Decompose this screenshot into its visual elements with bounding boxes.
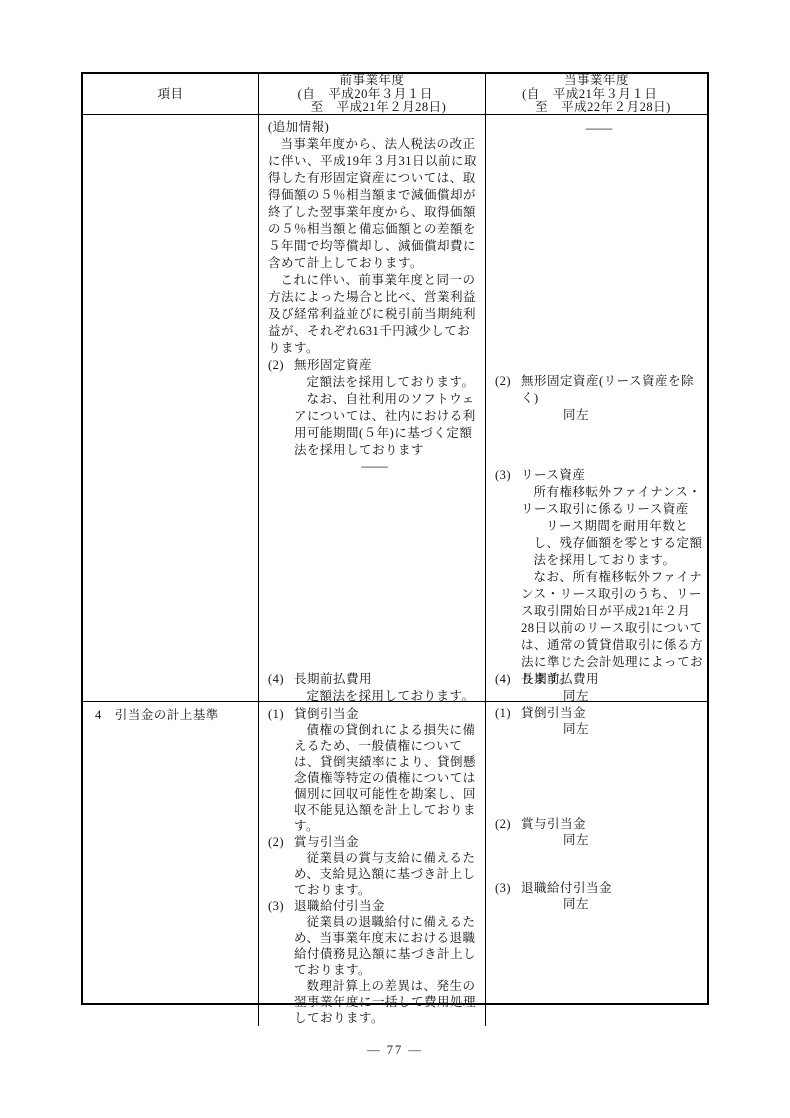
curr-allowance3-number: (3): [495, 880, 511, 896]
curr-item2-same-as-left: 同左: [563, 407, 703, 424]
row1-curr-cell: ─── (2) 無形固定資産(リース資産を除く) 同左 (3) リース資産 所有…: [486, 115, 707, 702]
row2-item-cell: 4 引当金の計上基準: [83, 702, 259, 1026]
document-page: 項目 前事業年度 (自 平成20年３月１日 至 平成21年２月28日) 当事業年…: [0, 0, 790, 1118]
header-cell-curr-year: 当事業年度 (自 平成21年３月１日 至 平成22年２月28日): [486, 74, 707, 115]
curr-year-period: (自 平成21年３月１日 至 平成22年２月28日): [522, 88, 671, 115]
curr-allowance3-retirement: (3) 退職給付引当金 同左: [495, 880, 703, 912]
prev-allowance3-body1: 従業員の退職給付に備えるため、当事業年度末における退職給付債務見込額に基づき計上…: [294, 914, 481, 978]
prev-item2-body1: 定額法を採用しております。: [294, 374, 481, 391]
additional-info-heading: (追加情報): [268, 119, 481, 136]
prev-allowance3-title: 退職給付引当金: [294, 898, 481, 914]
row1-prev-cell: (追加情報) 当事業年度から、法人税法の改正に伴い、平成19年３月31日以前に取…: [259, 115, 486, 702]
prev-allowance3-body2: 数理計算上の差異は、発生の翌事業年度に一括して費用処理しております。: [294, 978, 481, 1026]
prev-item4-long-term-prepaid: (4) 長期前払費用 定額法を採用しております。: [268, 671, 481, 705]
prev-allowance2-title: 賞与引当金: [294, 834, 481, 850]
curr-item2-number: (2): [495, 373, 511, 390]
curr-item4-long-term-prepaid: (4) 長期前払費用 同左: [495, 671, 703, 705]
prev-year-period: (自 平成20年３月１日 至 平成21年２月28日): [298, 88, 447, 115]
curr-allowance1-doubtful-accounts: (1) 貸倒引当金 同左: [495, 705, 703, 737]
additional-info-para2: これに伴い、前事業年度と同一の方法によった場合と比べ、営業利益及び経常利益並びに…: [268, 272, 481, 357]
prev-allowance1-title: 貸倒引当金: [294, 706, 481, 722]
prev-allowance2-body: 従業員の賞与支給に備えるため、支給見込額に基づき計上しております。: [294, 850, 481, 898]
header-cell-prev-year: 前事業年度 (自 平成20年３月１日 至 平成21年２月28日): [259, 74, 486, 115]
prev-allowance3-retirement: (3) 退職給付引当金 従業員の退職給付に備えるため、当事業年度末における退職給…: [268, 898, 481, 1026]
curr-item4-number: (4): [495, 671, 511, 688]
prev-allowance1-doubtful-accounts: (1) 貸倒引当金 債権の貸倒れによる損失に備えるため、一般債権については、貸倒…: [268, 706, 481, 834]
accounting-policy-table: 項目 前事業年度 (自 平成20年３月１日 至 平成21年２月28日) 当事業年…: [81, 72, 709, 1005]
curr-item3-sub1: 所有権移転外ファイナンス・リース取引に係るリース資産: [521, 484, 703, 518]
prev-allowance3-number: (3): [268, 898, 284, 914]
row2-prev-cell: (1) 貸倒引当金 債権の貸倒れによる損失に備えるため、一般債権については、貸倒…: [259, 702, 486, 1026]
curr-year-title: 当事業年度: [564, 74, 629, 88]
prev-allowance1-number: (1): [268, 706, 284, 722]
prev-none-dash: ───: [268, 459, 481, 476]
curr-allowance2-title: 賞与引当金: [521, 816, 703, 832]
prev-item2-number: (2): [268, 357, 284, 374]
header-item-label: 項目: [157, 88, 183, 102]
prev-item2-intangible-assets: (2) 無形固定資産 定額法を採用しております。 なお、自社利用のソフトウェアに…: [268, 357, 481, 459]
curr-item2-title: 無形固定資産(リース資産を除く): [521, 373, 703, 407]
row1-item-cell: [83, 115, 259, 702]
prev-allowance1-body: 債権の貸倒れによる損失に備えるため、一般債権については、貸倒実績率により、貸倒懸…: [294, 722, 481, 834]
prev-item2-title: 無形固定資産: [294, 357, 481, 374]
curr-allowance1-same-as-left: 同左: [563, 721, 703, 737]
curr-allowance3-same-as-left: 同左: [563, 896, 703, 912]
curr-item4-title: 長期前払費用: [521, 671, 703, 688]
curr-allowance2-number: (2): [495, 816, 511, 832]
prev-item2-body2: なお、自社利用のソフトウェアについては、社内における利用可能期間(５年)に基づく…: [294, 391, 481, 459]
curr-allowance3-title: 退職給付引当金: [521, 880, 703, 896]
prev-allowance2-number: (2): [268, 834, 284, 850]
prev-item4-title: 長期前払費用: [294, 671, 481, 688]
additional-info-para1: 当事業年度から、法人税法の改正に伴い、平成19年３月31日以前に取得した有形固定…: [268, 136, 481, 272]
page-number: — 77 —: [0, 1043, 790, 1058]
prev-allowance2-bonus: (2) 賞与引当金 従業員の賞与支給に備えるため、支給見込額に基づき計上しており…: [268, 834, 481, 898]
curr-allowance1-number: (1): [495, 705, 511, 721]
header-cell-item: 項目: [83, 74, 259, 115]
curr-item3-number: (3): [495, 467, 511, 484]
curr-item3-title: リース資産: [521, 467, 703, 484]
curr-none-dash: ───: [495, 121, 703, 138]
curr-allowance1-title: 貸倒引当金: [521, 705, 703, 721]
curr-allowance2-bonus: (2) 賞与引当金 同左: [495, 816, 703, 848]
row2-curr-cell: (1) 貸倒引当金 同左 (2) 賞与引当金 同左 (3) 退職給付引当金 同左: [486, 702, 707, 1026]
row2-item-label: 4 引当金の計上基準: [95, 708, 219, 722]
curr-item3-lease-assets: (3) リース資産 所有権移転外ファイナンス・リース取引に係るリース資産 リース…: [495, 467, 703, 688]
curr-item3-sub2: リース期間を耐用年数とし、残存価額を零とする定額法を採用しております。: [534, 518, 704, 569]
curr-allowance2-same-as-left: 同左: [563, 832, 703, 848]
prev-item4-number: (4): [268, 671, 284, 688]
curr-item2-intangible-assets: (2) 無形固定資産(リース資産を除く) 同左: [495, 373, 703, 424]
prev-year-title: 前事業年度: [339, 74, 404, 88]
